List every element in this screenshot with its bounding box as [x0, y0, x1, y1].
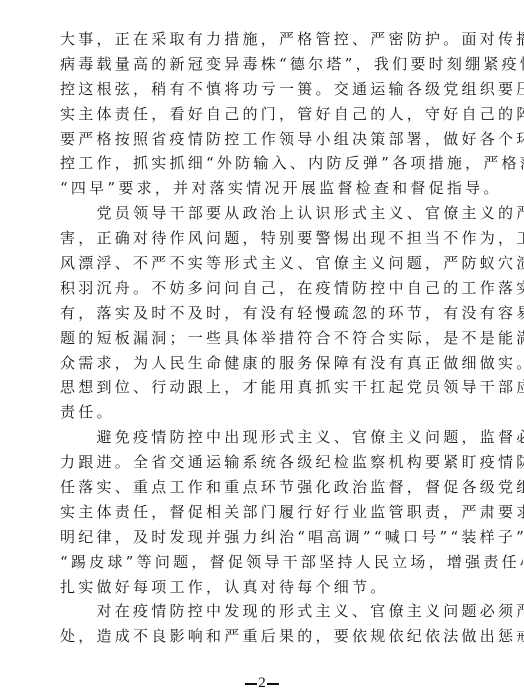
page-number: 2	[0, 674, 524, 692]
text-line: 积羽沉舟。不妨多问问自己，在疫情防控中自己的工作落实了没	[60, 276, 464, 301]
text-line: “四早”要求，并对落实情况开展监督检查和督促指导。	[60, 176, 464, 201]
text-line: “踢皮球”等问题，督促领导干部坚持人民立场，增强责任心，	[60, 550, 464, 575]
text-line: 题的短板漏洞；一些具体举措符合不符合实际，是不是能满足群	[60, 326, 464, 351]
text-line: 扎实做好每项工作，认真对待每个细节。	[60, 575, 464, 600]
text-line: 党员领导干部要从政治上认识形式主义、官僚主义的严重危	[60, 201, 464, 226]
text-line: 病毒载量高的新冠变异毒株“德尔塔”，我们要时刻绷紧疫情防	[60, 52, 464, 77]
text-line: 控这根弦，稍有不慎将功亏一篑。交通运输各级党组织要压紧压	[60, 77, 464, 102]
text-line: 风漂浮、不严不实等形式主义、官僚主义问题，严防蚁穴溃堤、	[60, 251, 464, 276]
text-line: 对在疫情防控中发现的形式主义、官僚主义问题必须严肃查	[60, 599, 464, 624]
text-line: 大事，正在采取有力措施，严格管控、严密防护。面对传播力强、	[60, 27, 464, 52]
text-line: 实主体责任，督促相关部门履行好行业监管职责，严肃要求、严	[60, 500, 464, 525]
text-line: 控工作，抓实抓细“外防输入、内防反弹”各项措施，严格落实	[60, 151, 464, 176]
text-line: 明纪律，及时发现并强力纠治“唱高调”“喊口号”“装样子”	[60, 525, 464, 550]
text-line: 实主体责任，看好自己的门，管好自己的人，守好自己的阵地。	[60, 102, 464, 127]
text-line: 处，造成不良影响和严重后果的，要依规依纪依法做出惩戒，短	[60, 624, 464, 649]
text-line: 责任。	[60, 400, 464, 425]
text-line: 避免疫情防控中出现形式主义、官僚主义问题，监督必须有	[60, 425, 464, 450]
dash-left	[245, 683, 257, 685]
dash-right	[267, 683, 279, 685]
text-line: 力跟进。全省交通运输系统各级纪检监察机构要紧盯疫情防控责	[60, 450, 464, 475]
page-number-value: 2	[258, 675, 266, 691]
text-line: 任落实、重点工作和重点环节强化政治监督，督促各级党组织落	[60, 475, 464, 500]
text-line: 有，落实及时不及时，有没有轻慢疏忽的环节，有没有容易出问	[60, 301, 464, 326]
text-line: 要严格按照省疫情防控工作领导小组决策部署，做好各个环节防	[60, 127, 464, 152]
document-page: 大事，正在采取有力措施，严格管控、严密防护。面对传播力强、 病毒载量高的新冠变异…	[0, 0, 524, 697]
text-line: 思想到位、行动跟上，才能用真抓实干扛起党员领导干部应有的	[60, 375, 464, 400]
text-line: 害，正确对待作风问题，特别要警惕出现不担当不作为，工作作	[60, 226, 464, 251]
body-text: 大事，正在采取有力措施，严格管控、严密防护。面对传播力强、 病毒载量高的新冠变异…	[60, 27, 464, 649]
text-line: 众需求，为人民生命健康的服务保障有没有真正做细做实。只有	[60, 351, 464, 376]
